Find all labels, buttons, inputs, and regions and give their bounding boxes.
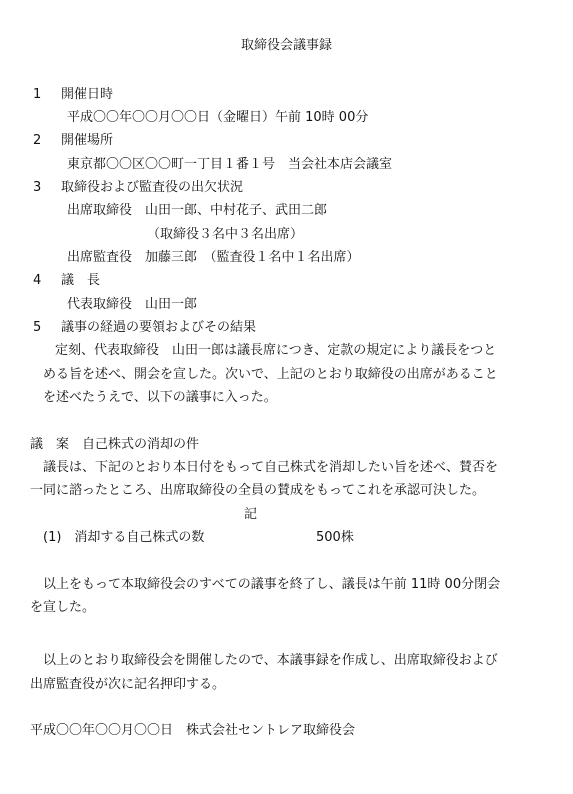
closing-line-2: を宣した。 [30,600,95,616]
resolution-item-value: 500株 [316,530,354,546]
chairperson: 代表取締役 山田一郎 [67,297,197,313]
proceedings-line-2: める旨を述べ、開会を宣した。次いで、上記のとおり取締役の出席があること [43,367,498,383]
resolution-item-label: (1) 消却する自己株式の数 [43,530,204,546]
section-4-heading: 4議 長 [33,273,100,289]
attending-directors: 出席取締役 山田一郎、中村花子、武田二郎 [67,203,327,219]
agenda-body-1: 議長は、下記のとおり本日付をもって自己株式を消却したい旨を述べ、賛否を [43,460,498,476]
meeting-datetime: 平成〇〇年〇〇月〇〇日（金曜日）午前 10時 00分 [67,110,368,126]
document-footer: 平成〇〇年〇〇月〇〇日 株式会社セントレア取締役会 [30,723,355,739]
meeting-location: 東京都〇〇区〇〇町一丁目１番１号 当会社本店会議室 [67,157,392,173]
signing-line-2: 出席監査役が次に記名押印する。 [30,677,225,693]
attending-auditor: 出席監査役 加藤三郎 （監査役１名中１名出席） [67,250,360,266]
proceedings-line-3: を述べたうえで、以下の議事に入った。 [43,390,277,406]
closing-line-1: 以上をもって本取締役会のすべての議事を終了し、議長は午前 11時 00分閉会 [43,577,500,593]
section-1-heading: 1開催日時 [33,87,113,103]
agenda-heading: 議 案 自己株式の消却の件 [30,437,199,453]
ki-heading: 記 [244,507,257,523]
section-5-heading: 5議事の経過の要領およびその結果 [33,320,256,336]
section-3-heading: 3取締役および監査役の出欠状況 [33,180,243,196]
directors-count: （取締役３名中３名出席） [147,227,303,243]
document-title: 取締役会議事録 [0,38,573,54]
proceedings-line-1: 定刻、代表取締役 山田一郎は議長席につき、定款の規定により議長をつと [55,343,496,359]
section-2-heading: 2開催場所 [33,133,113,149]
agenda-body-2: 一同に諮ったところ、出席取締役の全員の賛成をもってこれを承認可決した。 [30,483,485,499]
signing-line-1: 以上のとおり取締役会を開催したので、本議事録を作成し、出席取締役および [43,653,498,669]
